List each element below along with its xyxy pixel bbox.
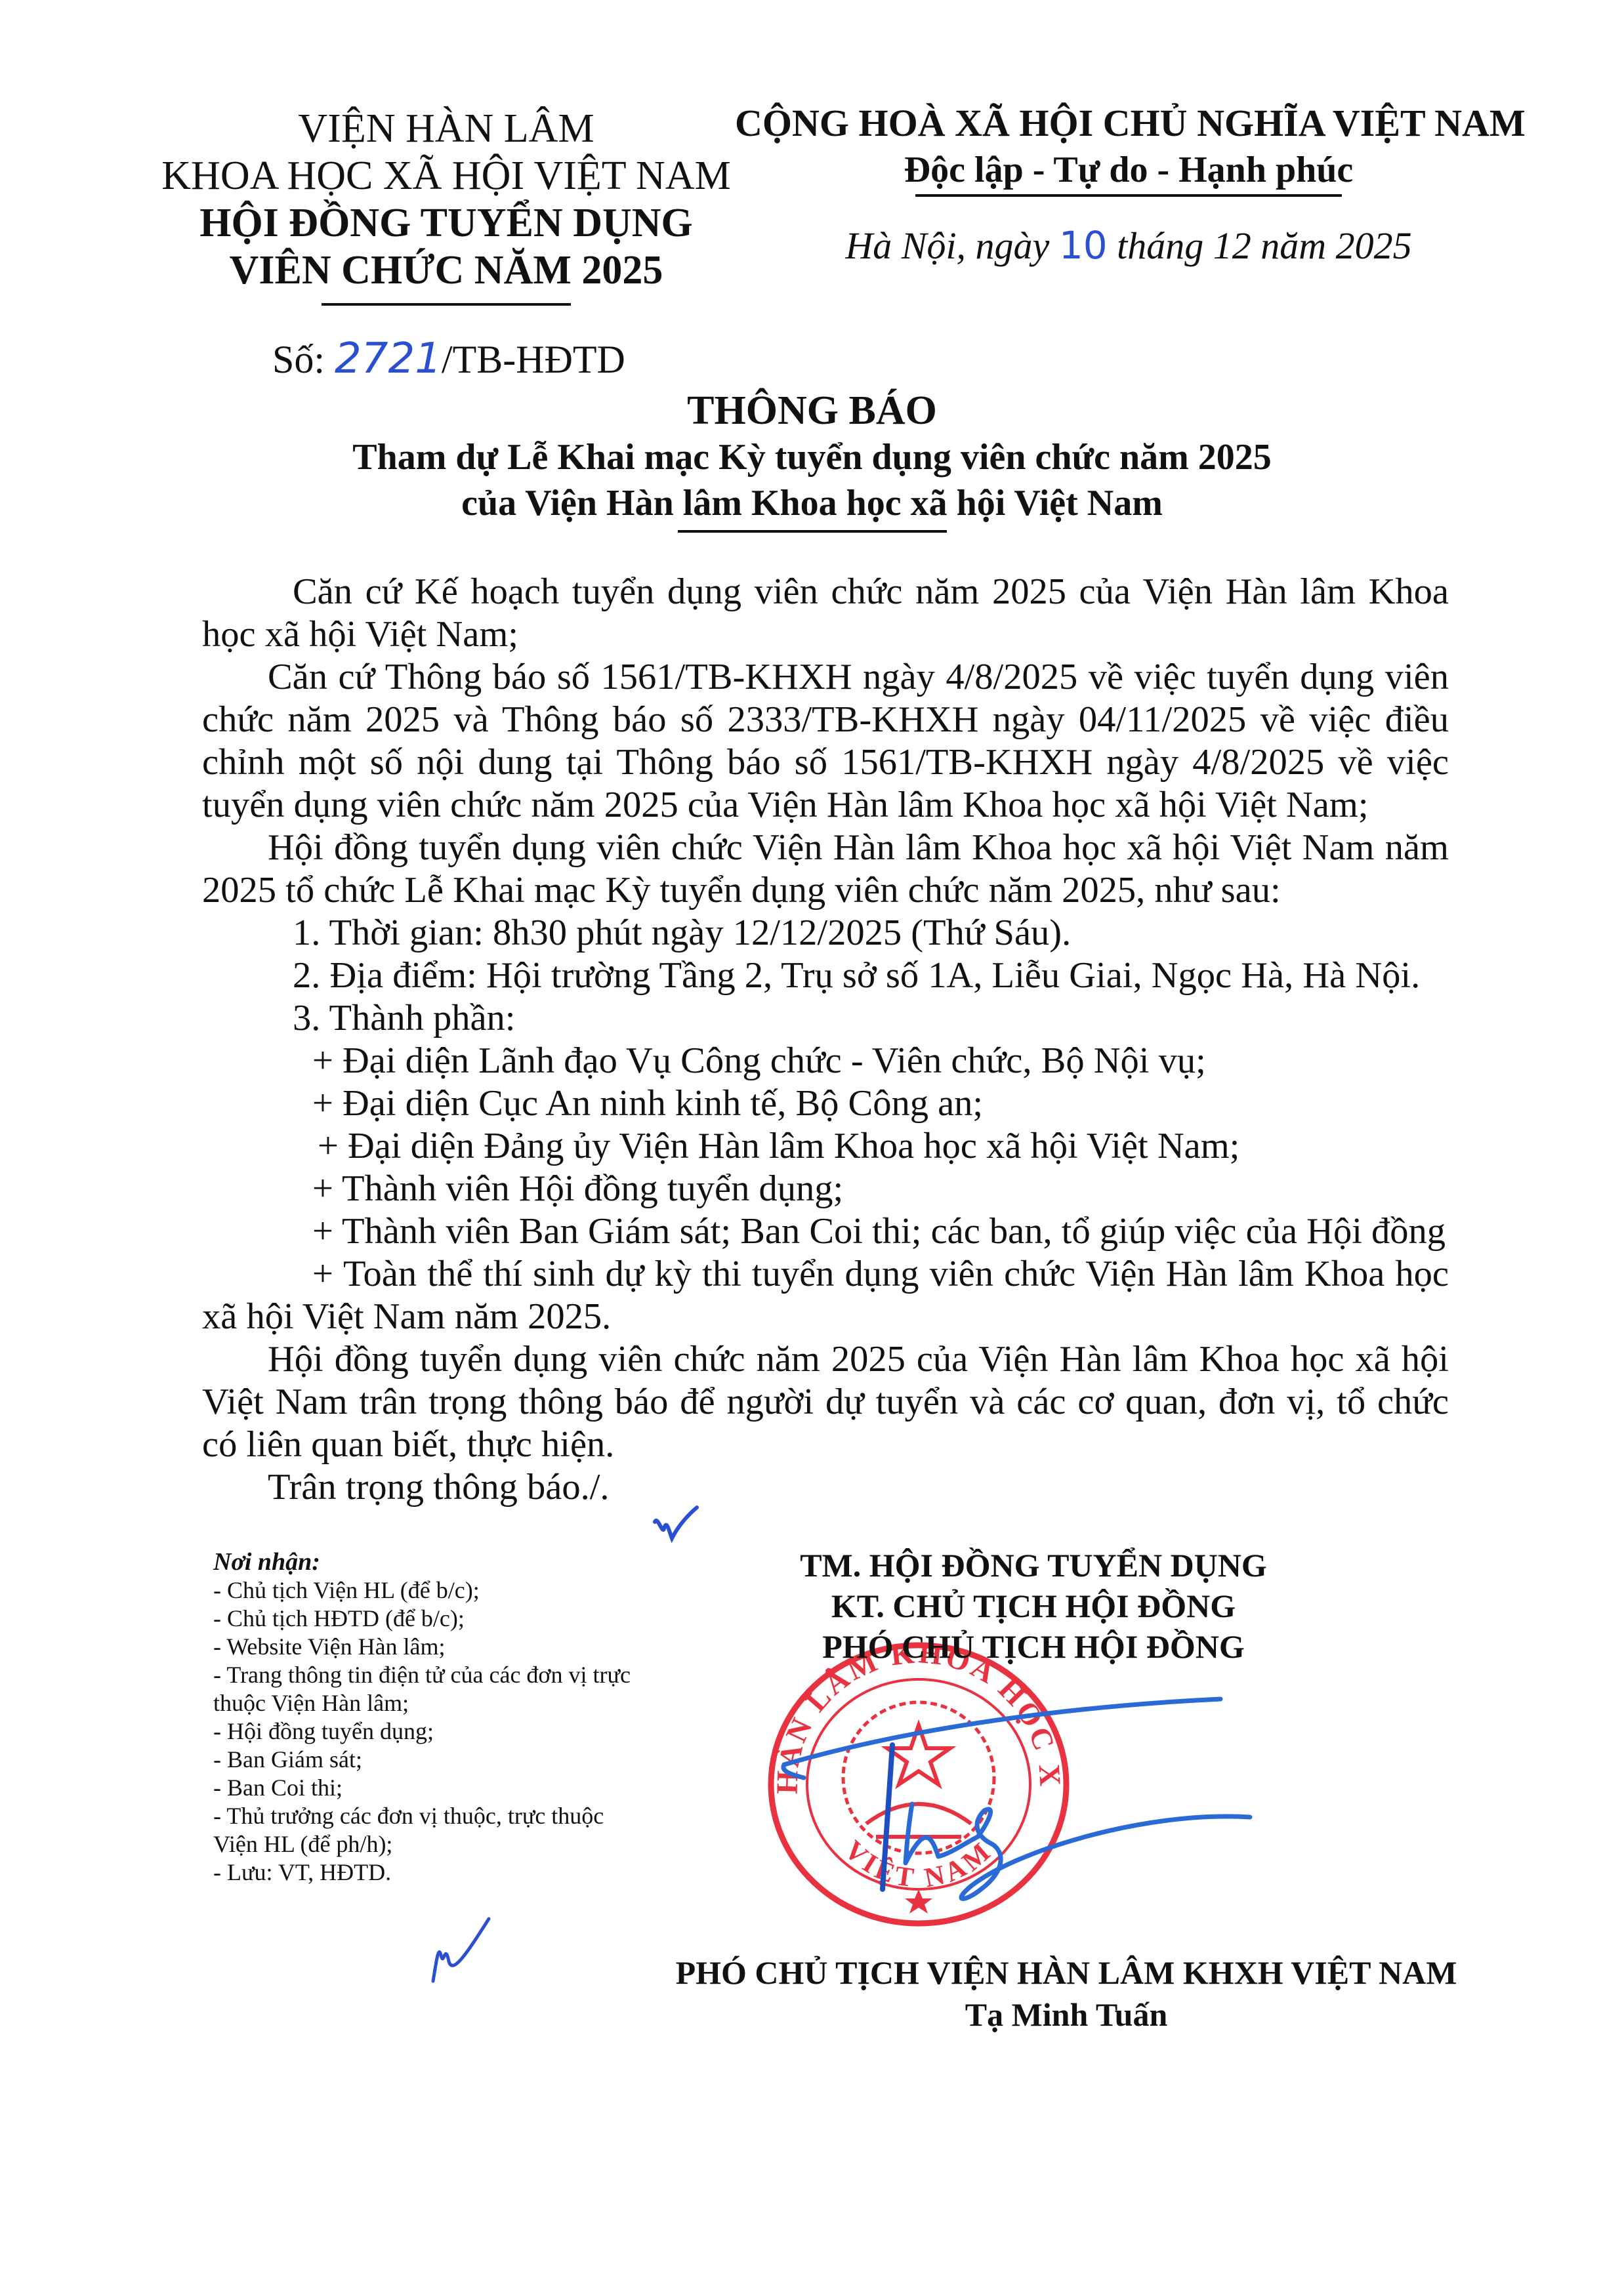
issuing-agency-header: VIỆN HÀN LÂM KHOA HỌC XÃ HỘI VIỆT NAM HỘ… [151, 105, 741, 306]
date-suffix: tháng 12 năm 2025 [1117, 224, 1412, 267]
participant-item: + Thành viên Ban Giám sát; Ban Coi thi; … [202, 1210, 1449, 1253]
recipient-item: - Ban Giám sát; [213, 1746, 633, 1774]
motto-divider [915, 194, 1342, 197]
participant-item: + Toàn thể thí sinh dự kỳ thi tuyển dụng… [202, 1253, 1449, 1338]
recipient-item: - Trang thông tin điện tử của các đơn vị… [213, 1661, 633, 1717]
participant-item: + Đại diện Lãnh đạo Vụ Công chức - Viên … [202, 1040, 1449, 1082]
national-motto-header: CỘNG HOÀ XÃ HỘI CHỦ NGHĨA VIỆT NAM Độc l… [735, 98, 1522, 197]
doc-number-label: Số: [272, 338, 325, 381]
recipient-item: - Chủ tịch Viện HL (để b/c); [213, 1576, 633, 1605]
title-main: THÔNG BÁO [197, 387, 1427, 434]
signer-block: PHÓ CHỦ TỊCH VIỆN HÀN LÂM KHXH VIỆT NAM … [591, 1952, 1542, 2036]
date-prefix: Hà Nội, ngày [845, 224, 1049, 267]
council-line-2: VIÊN CHỨC NĂM 2025 [151, 247, 741, 294]
document-date: Hà Nội, ngày 10 tháng 12 năm 2025 [735, 223, 1522, 268]
recipient-item: - Website Viện Hàn lâm; [213, 1633, 633, 1661]
country-name: CỘNG HOÀ XÃ HỘI CHỦ NGHĨA VIỆT NAM [735, 98, 1522, 148]
authority-line-1: TM. HỘI ĐỒNG TUYỂN DỤNG [755, 1545, 1312, 1586]
document-body: Căn cứ Kế hoạch tuyển dụng viên chức năm… [202, 571, 1449, 1509]
document-title: THÔNG BÁO Tham dự Lễ Khai mạc Kỳ tuyển d… [197, 387, 1427, 533]
title-sub-1: Tham dự Lễ Khai mạc Kỳ tuyển dụng viên c… [197, 434, 1427, 480]
signer-name: Tạ Minh Tuấn [591, 1994, 1542, 2036]
closing-salutation: Trân trọng thông báo./. [202, 1466, 1449, 1509]
doc-number-handwritten: 2721 [335, 335, 442, 383]
handwritten-signature-icon [755, 1627, 1345, 1929]
item-participants-heading: 3. Thành phần: [202, 997, 1449, 1040]
intro-paragraph: Hội đồng tuyển dụng viên chức Viện Hàn l… [202, 827, 1449, 912]
participant-item: + Đại diện Cục An ninh kinh tế, Bộ Công … [202, 1082, 1449, 1125]
doc-number-suffix: /TB-HĐTD [442, 338, 625, 381]
national-motto: Độc lập - Tự do - Hạnh phúc [735, 148, 1522, 192]
recipient-item: - Thủ trưởng các đơn vị thuộc, trực thuộ… [213, 1802, 633, 1858]
closing-text: Trân trọng thông báo./. [268, 1467, 610, 1507]
signer-title: PHÓ CHỦ TỊCH VIỆN HÀN LÂM KHXH VIỆT NAM [591, 1952, 1542, 1994]
closing-paragraph: Hội đồng tuyển dụng viên chức năm 2025 c… [202, 1338, 1449, 1466]
participant-item: + Thành viên Hội đồng tuyển dụng; [202, 1168, 1449, 1210]
basis-paragraph-2: Căn cứ Thông báo số 1561/TB-KHXH ngày 4/… [202, 656, 1449, 827]
item-location: 2. Địa điểm: Hội trường Tầng 2, Trụ sở s… [202, 954, 1449, 997]
document-number: Số: 2721/TB-HĐTD [272, 335, 625, 383]
basis-paragraph-1: Căn cứ Kế hoạch tuyển dụng viên chức năm… [202, 571, 1449, 656]
recipient-item: - Chủ tịch HĐTD (để b/c); [213, 1605, 633, 1633]
recipient-item: - Lưu: VT, HĐTD. [213, 1858, 633, 1887]
agency-line-2: KHOA HỌC XÃ HỘI VIỆT NAM [151, 152, 741, 199]
recipients-list: Nơi nhận: - Chủ tịch Viện HL (để b/c); -… [213, 1548, 633, 1887]
header-divider [322, 303, 571, 306]
title-sub-2: của Viện Hàn lâm Khoa học xã hội Việt Na… [197, 480, 1427, 526]
recipient-item: - Hội đồng tuyển dụng; [213, 1717, 633, 1746]
date-day-handwritten: 10 [1059, 223, 1108, 268]
title-divider [678, 530, 947, 533]
archive-initial-icon [427, 1916, 499, 1988]
recipients-heading: Nơi nhận: [213, 1548, 633, 1576]
recipient-item: - Ban Coi thi; [213, 1774, 633, 1802]
participant-item: + Đại diện Đảng ủy Viện Hàn lâm Khoa học… [202, 1125, 1449, 1168]
agency-line-1: VIỆN HÀN LÂM [151, 105, 741, 152]
authority-line-2: KT. CHỦ TỊCH HỘI ĐỒNG [755, 1586, 1312, 1626]
initial-mark-icon [650, 1502, 702, 1548]
council-line-1: HỘI ĐỒNG TUYỂN DỤNG [151, 199, 741, 247]
item-time: 1. Thời gian: 8h30 phút ngày 12/12/2025 … [202, 912, 1449, 954]
